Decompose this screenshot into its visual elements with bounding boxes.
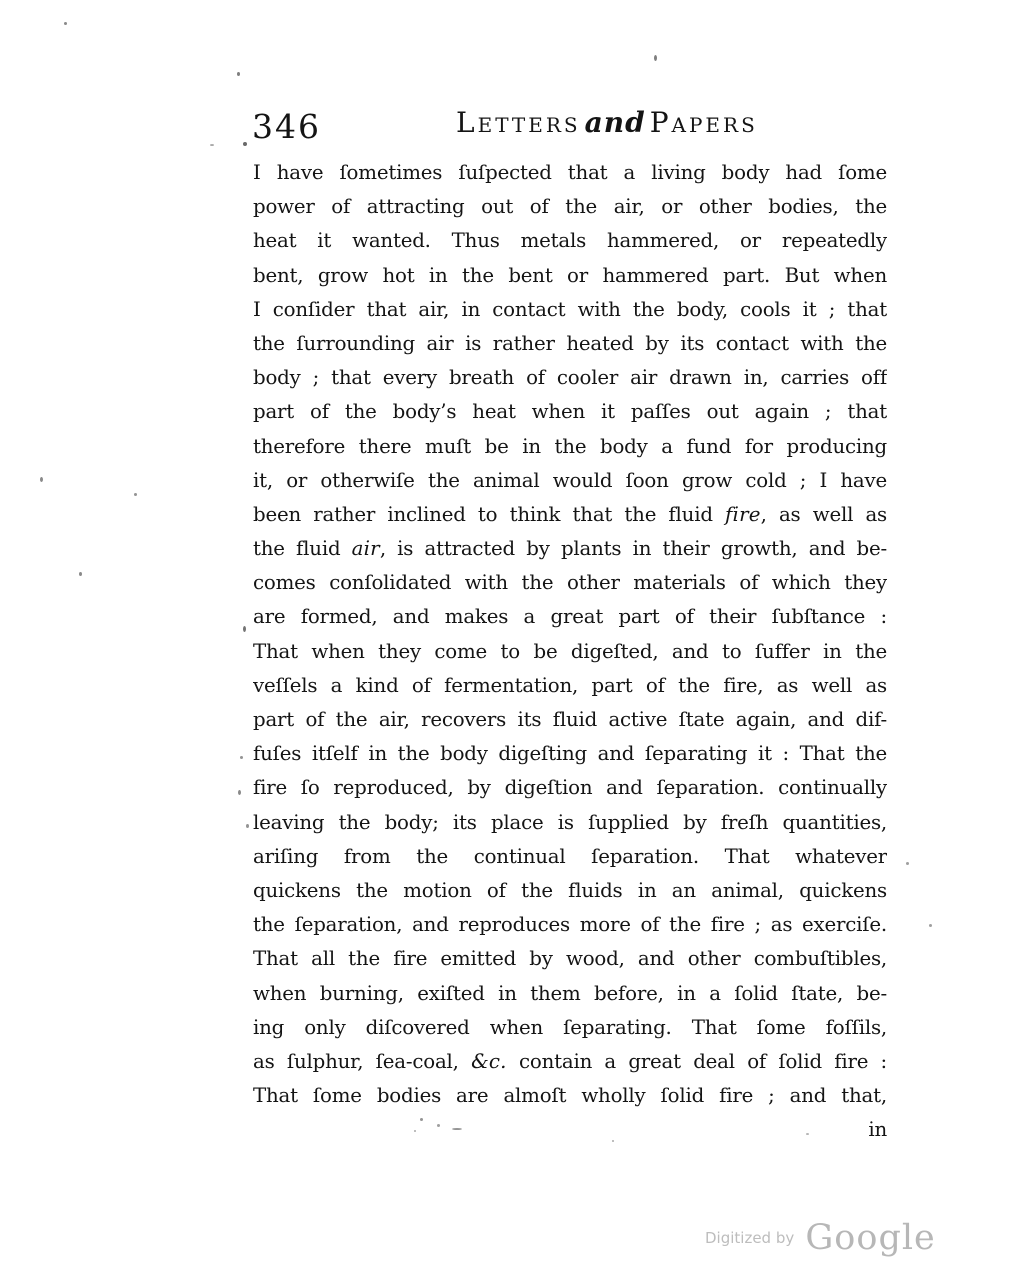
scan-speck [243,626,246,632]
text-line: That ſome bodies are almoſt wholly ſolid… [253,1079,887,1113]
text-line: leaving the body; its place is ſupplied … [253,806,887,840]
text-line: been rather inclined to think that the f… [253,498,887,532]
text-line: when burning, exiſted in them before, in… [253,977,887,1011]
text-line: ing only diſcovered when ſeparating. Tha… [253,1011,887,1045]
text-line: as ſulphur, ſea-coal, &c. contain a grea… [253,1045,887,1079]
text-line: heat it wanted. Thus metals hammered, or… [253,224,887,258]
scan-speck [437,1124,440,1127]
text-line: power of attracting out of the air, or o… [253,190,887,224]
scan-speck [240,756,243,759]
scan-speck [134,493,137,496]
scan-speck [238,790,241,795]
text-line: ariſing from the continual ſeparation. T… [253,840,887,874]
google-logo: Google [799,1218,935,1258]
book-page: 346 LettersandPapers I have ſometimes ſu… [0,0,1014,1282]
scan-speck [210,144,214,146]
text-line: That when they come to be digeſted, and … [253,635,887,669]
running-title-and: and [581,106,650,139]
text-line: I have ſometimes ſuſpected that a living… [253,156,887,190]
scan-speck [612,1140,614,1142]
digitization-watermark: Digitized by Google [705,1218,936,1258]
text-line: body ; that every breath of cooler air d… [253,361,887,395]
page-number: 346 [252,107,321,146]
scan-speck [654,55,657,61]
scan-speck [929,924,932,927]
text-line: are formed, and makes a great part of th… [253,600,887,634]
scan-speck [906,862,909,865]
running-title: LettersandPapers [456,106,758,139]
text-line: veſſels a kind of fermentation, part of … [253,669,887,703]
scan-speck [64,22,67,25]
text-line: fire ſo reproduced, by digeſtion and ſep… [253,771,887,805]
text-line: part of the body’s heat when it paſſes o… [253,395,887,429]
scan-speck [414,1130,416,1132]
scan-speck [79,572,82,576]
scan-speck [237,72,240,76]
scan-speck [246,824,249,828]
text-line: That all the fire emitted by wood, and o… [253,942,887,976]
page-body-text: I have ſometimes ſuſpected that a living… [253,156,887,1147]
text-line: bent, grow hot in the bent or hammered p… [253,259,887,293]
running-title-papers: Papers [650,106,758,139]
text-lines-container: I have ſometimes ſuſpected that a living… [253,156,887,1113]
scan-speck [806,1133,809,1135]
scan-speck [40,477,43,482]
watermark-prefix-label: Digitized by [705,1229,794,1247]
scan-speck [243,142,247,146]
text-line: therefore there muſt be in the body a fu… [253,430,887,464]
text-line: I conſider that air, in contact with the… [253,293,887,327]
text-line: the ſurrounding air is rather heated by … [253,327,887,361]
scan-speck [420,1118,423,1121]
running-title-letters: Letters [456,106,581,139]
text-line: it, or otherwiſe the animal would ſoon g… [253,464,887,498]
text-line: part of the air, recovers its fluid acti… [253,703,887,737]
catchword-line: in [253,1113,887,1147]
text-line: comes conſolidated with the other materi… [253,566,887,600]
text-line: the ſeparation, and reproduces more of t… [253,908,887,942]
scan-speck [452,1128,462,1130]
text-line: the fluid air, is attracted by plants in… [253,532,887,566]
text-line: fuſes itſelf in the body digeſting and ſ… [253,737,887,771]
catchword: in [868,1118,887,1141]
text-line: quickens the motion of the fluids in an … [253,874,887,908]
